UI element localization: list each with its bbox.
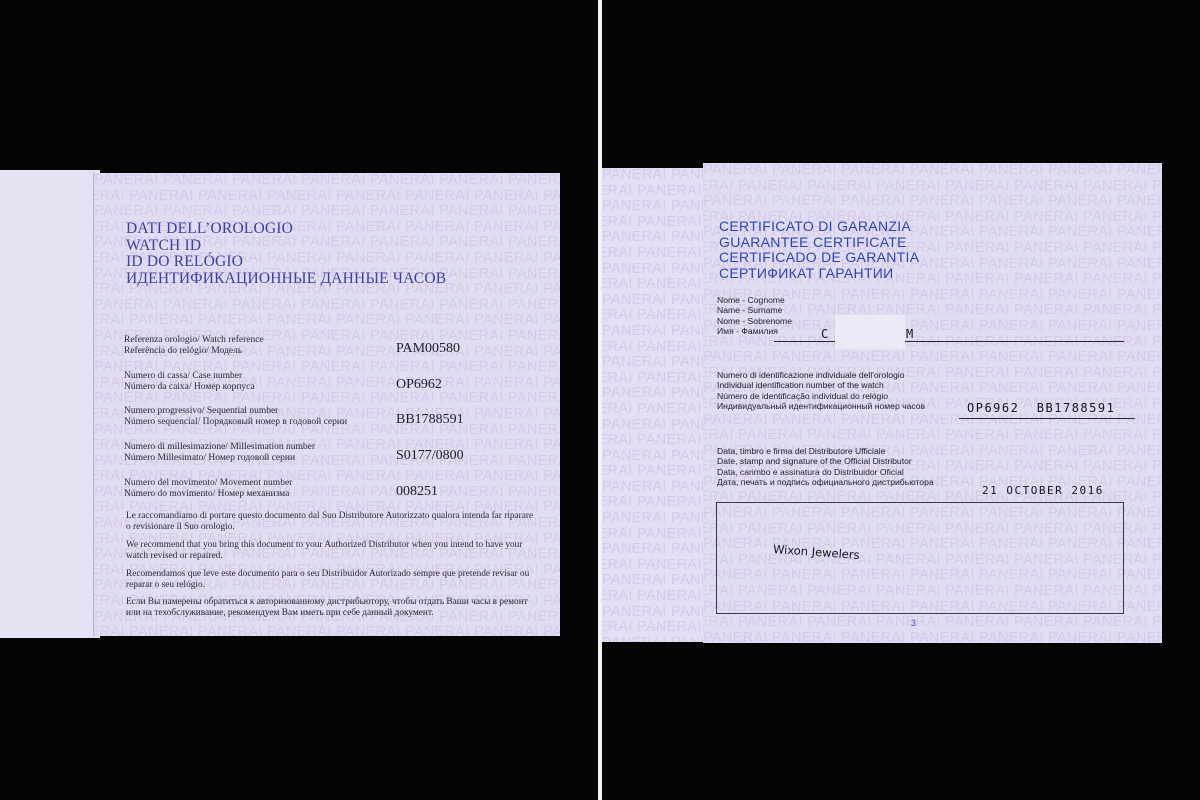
field-label: Número Millesimato/ Номер годовой серии: [124, 453, 315, 464]
distributor-labels: Data, timbro e firma del Distributore Uf…: [717, 446, 934, 488]
title-line: DATI DELL’OROLOGIO: [126, 221, 446, 238]
note-portuguese: Recomendamos que leve este documento par…: [126, 569, 536, 590]
field-label: Numero progressivo/ Sequential number: [124, 406, 347, 417]
redaction-box: [835, 315, 905, 349]
name-label: Nome - Cognome: [717, 295, 792, 305]
watch-id-page: PANERAI PANERAI PANERAI PANERAI PANERAI …: [93, 173, 560, 636]
distributor-stamp-box: Wixon Jewelers: [716, 502, 1124, 614]
field-label: Número da caixa/ Номер корпуса: [124, 382, 255, 393]
title-line: WATCH ID: [126, 238, 446, 255]
certificate-title: CERTIFICATO DI GARANZIA GUARANTEE CERTIF…: [719, 219, 919, 281]
name-labels: Nome - Cognome Name - Surname Nome - Sob…: [717, 295, 792, 337]
watch-id-title: DATI DELL’OROLOGIO WATCH ID ID DO RELÓGI…: [126, 221, 446, 287]
id-signature-line: [959, 418, 1135, 419]
watermark-pattern: PANERAI PANERAI PANERAI PANERAI PANERAI …: [602, 168, 704, 642]
name-label: Name - Surname: [717, 305, 792, 315]
field-value: OP6962: [396, 377, 442, 393]
field-watch-reference: Referenza orologio/ Watch referenceRefer…: [124, 335, 544, 365]
field-label: Número do movimento/ Номер механизма: [124, 489, 292, 500]
title-line: CERTIFICATO DI GARANZIA: [719, 219, 919, 235]
field-value: 008251: [396, 484, 438, 500]
distributor-stamp: Wixon Jewelers: [773, 542, 860, 562]
field-label: Numero di cassa/ Case number: [124, 371, 255, 382]
distributor-label: Дата, печать и подпись официального дист…: [717, 477, 934, 487]
field-label: Referenza orologio/ Watch reference: [124, 335, 264, 346]
name-signature-line: [774, 341, 1124, 342]
field-value: PAM00580: [396, 341, 460, 357]
field-value: S0177/0800: [396, 448, 464, 464]
id-handwritten: OP6962 BB1788591: [967, 401, 1115, 415]
name-label: Имя - Фамилия: [717, 326, 792, 336]
title-line: ИДЕНТИФИКАЦИОННЫЕ ДАННЫЕ ЧАСОВ: [126, 271, 446, 288]
field-movement-number: Numero del movimento/ Movement numberNúm…: [124, 478, 544, 508]
field-millesimation-number: Numero di millesimazione/ Millesimation …: [124, 442, 544, 472]
left-booklet-back-page: [0, 170, 100, 638]
field-case-number: Numero di cassa/ Case numberNúmero da ca…: [124, 371, 544, 401]
name-handwritten-end: M: [906, 327, 915, 341]
distributor-label: Data, timbro e firma del Distributore Uf…: [717, 446, 934, 456]
title-line: СЕРТИФИКАТ ГАРАНТИИ: [719, 266, 919, 282]
name-handwritten-start: C: [821, 327, 830, 341]
distributor-label: Data, carimbo e assinatura do Distribuid…: [717, 467, 934, 477]
title-line: GUARANTEE CERTIFICATE: [719, 235, 919, 251]
id-label: Individual identification number of the …: [717, 380, 925, 390]
note-russian: Если Вы намерены обратиться к авторизова…: [126, 597, 536, 618]
date-handwritten: 21 OCTOBER 2016: [982, 484, 1104, 497]
name-label: Nome - Sobrenome: [717, 316, 792, 326]
id-labels: Numero di identificazione individuale de…: [717, 370, 925, 412]
field-sequential-number: Numero progressivo/ Sequential numberNúm…: [124, 406, 544, 436]
field-label: Referência do relógio/ Модель: [124, 346, 264, 357]
id-label: Индивидуальный идентификационный номер ч…: [717, 401, 925, 411]
field-label: Numero del movimento/ Movement number: [124, 478, 292, 489]
field-value: BB1788591: [396, 412, 464, 428]
title-line: ID DO RELÓGIO: [126, 254, 446, 271]
id-label: Numero di identificazione individuale de…: [717, 370, 925, 380]
right-booklet-back-page: PANERAI PANERAI PANERAI PANERAI PANERAI …: [602, 168, 705, 642]
note-english: We recommend that you bring this documen…: [126, 540, 536, 561]
distributor-label: Date, stamp and signature of the Officia…: [717, 456, 934, 466]
id-label: Número de identificação individual do re…: [717, 391, 925, 401]
field-label: Número sequencial/ Порядковый номер в го…: [124, 417, 347, 428]
field-label: Numero di millesimazione/ Millesimation …: [124, 442, 315, 453]
page-number: 3: [911, 618, 916, 628]
guarantee-certificate-page: PANERAI PANERAI PANERAI PANERAI PANERAI …: [703, 163, 1162, 643]
note-italian: Le raccomandiamo di portare questo docum…: [126, 511, 536, 532]
title-line: CERTIFICADO DE GARANTIA: [719, 250, 919, 266]
